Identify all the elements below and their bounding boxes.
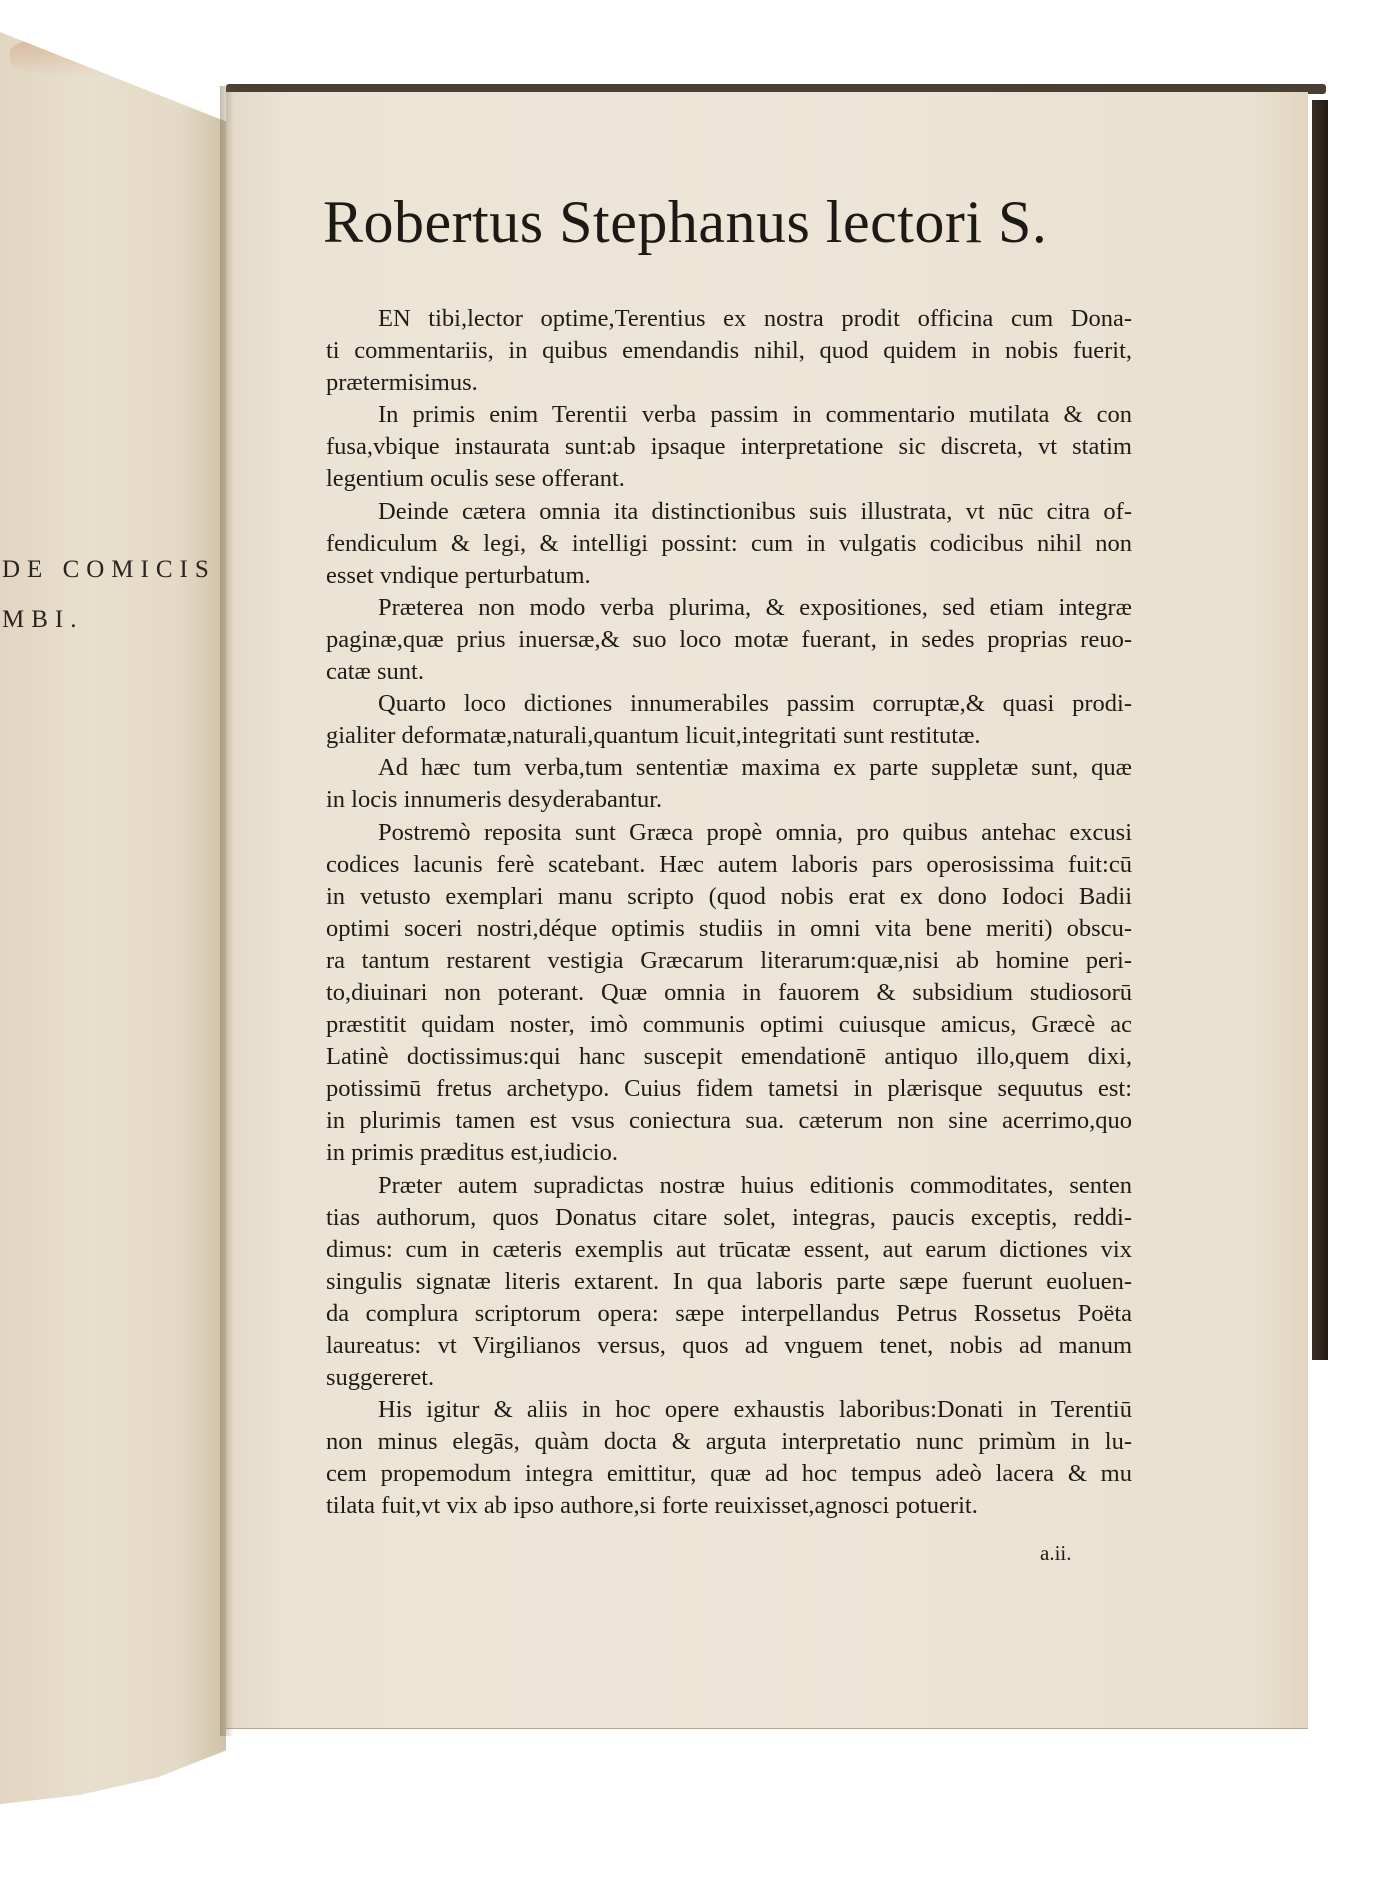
text-line: in vetusto exemplari manu scripto (quod …	[326, 881, 1132, 913]
left-page-running-text: MBI.	[2, 606, 83, 634]
text-line: tilata fuit,vt vix ab ipso authore,si fo…	[326, 1490, 1132, 1522]
text-line: In primis enim Terentii verba passim in …	[326, 399, 1132, 431]
binding-edge-right	[1312, 100, 1328, 1360]
text-line: codices lacunis ferè scatebant. Hæc aute…	[326, 849, 1132, 881]
text-line: His igitur & aliis in hoc opere exhausti…	[326, 1394, 1132, 1426]
text-line: legentium oculis sese offerant.	[326, 463, 1132, 495]
text-line: laureatus: vt Virgilianos versus, quos a…	[326, 1330, 1132, 1362]
text-line: non minus elegās, quàm docta & arguta in…	[326, 1426, 1132, 1458]
text-line: Quarto loco dictiones innumerabiles pass…	[326, 688, 1132, 720]
text-line: paginæ,quæ prius inuersæ,& suo loco motæ…	[326, 624, 1132, 656]
text-line: EN tibi,lector optime,Terentius ex nostr…	[326, 303, 1132, 335]
text-line: Præterea non modo verba plurima, & expos…	[326, 592, 1132, 624]
text-line: singulis signatæ literis extarent. In qu…	[326, 1266, 1132, 1298]
text-line: præstitit quidam noster, imò communis op…	[326, 1009, 1132, 1041]
text-line: fendiculum & legi, & intelligi possint: …	[326, 528, 1132, 560]
text-line: dimus: cum in cæteris exemplis aut trūca…	[326, 1234, 1132, 1266]
text-line: cem propemodum integra emittitur, quæ ad…	[326, 1458, 1132, 1490]
text-line: Ad hæc tum verba,tum sententiæ maxima ex…	[326, 752, 1132, 784]
foxing-stain	[10, 36, 150, 76]
text-line: optimi soceri nostri,déque optimis studi…	[326, 913, 1132, 945]
text-line: in plurimis tamen est vsus coniectura su…	[326, 1105, 1132, 1137]
text-line: ti commentariis, in quibus emendandis ni…	[326, 335, 1132, 367]
page-title: Robertus Stephanus lectori S.	[323, 188, 1047, 257]
gutter-shadow	[220, 86, 234, 1736]
text-line: in primis præditus est,iudicio.	[326, 1137, 1132, 1169]
text-line: prætermisimus.	[326, 367, 1132, 399]
body-text: EN tibi,lector optime,Terentius ex nostr…	[326, 303, 1132, 1523]
text-line: ra tantum restarent vestigia Græcarum li…	[326, 945, 1132, 977]
text-line: suggereret.	[326, 1362, 1132, 1394]
left-page-running-text: DE COMICIS	[2, 556, 216, 584]
text-line: gialiter deformatæ,naturali,quantum licu…	[326, 720, 1132, 752]
text-line: catæ sunt.	[326, 656, 1132, 688]
text-line: Præter autem supradictas nostræ huius ed…	[326, 1170, 1132, 1202]
text-line: potissimū fretus archetypo. Cuius fidem …	[326, 1073, 1132, 1105]
text-line: tias authorum, quos Donatus citare solet…	[326, 1202, 1132, 1234]
text-line: da complura scriptorum opera: sæpe inter…	[326, 1298, 1132, 1330]
text-line: in locis innumeris desyderabantur.	[326, 784, 1132, 816]
left-page: DE COMICIS MBI.	[0, 32, 226, 1822]
text-line: esset vndique perturbatum.	[326, 560, 1132, 592]
text-line: to,diuinari non poterant. Quæ omnia in f…	[326, 977, 1132, 1009]
text-line: Deinde cætera omnia ita distinctionibus …	[326, 496, 1132, 528]
signature-mark: a.ii.	[1040, 1541, 1072, 1566]
text-line: Latinè doctissimus:qui hanc suscepit eme…	[326, 1041, 1132, 1073]
text-line: Postremò reposita sunt Græca propè omnia…	[326, 817, 1132, 849]
text-line: fusa,vbique instaurata sunt:ab ipsaque i…	[326, 431, 1132, 463]
